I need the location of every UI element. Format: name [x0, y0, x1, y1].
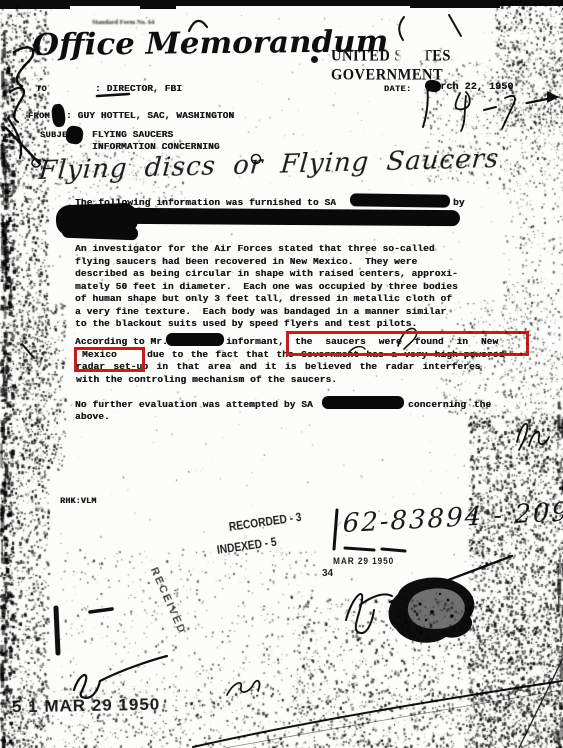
recorded-stamp: RECORDED - 3: [228, 510, 302, 534]
paren-mark: [399, 17, 404, 40]
margin-tick: [22, 344, 34, 358]
file-number: 62-83894 - 209: [342, 497, 563, 539]
intro-line-post: by: [453, 197, 465, 208]
ink-blob-large: [389, 578, 475, 643]
form-number: Standard Form No. 64: [92, 19, 154, 26]
signature-scrawl-blob: [346, 594, 392, 633]
highlight-box-new-mexico-2: [74, 347, 145, 372]
date-scrawl-arrow: [527, 97, 557, 103]
body-line: No further evaluation was attempted by S…: [75, 399, 313, 410]
handwritten-scrawl-left: [8, 88, 24, 158]
memo-page: Standard Form No. 64 Office Memorandum U…: [0, 0, 563, 748]
date-scrawl-dash: [484, 107, 496, 110]
title-separator-dot: [311, 56, 318, 63]
government-heading: UNITED STATES GOVERNMENT: [331, 47, 563, 85]
date-received-stamp: MAR 29 1950: [333, 556, 394, 566]
to-label: TO: [36, 84, 47, 94]
ink-blot-subject: [65, 125, 84, 145]
bottom-date-stamp: 5 1 MAR 29 1950: [12, 695, 161, 718]
scan-top-edge-nub: [140, 6, 176, 9]
handwritten-scrawl-top-left: [14, 47, 33, 86]
tick-mark-top-right: [449, 15, 461, 36]
subject-value-line2: INFORMATION CONCERNING: [92, 141, 220, 152]
body-line: According to Mr.: [75, 336, 168, 347]
initials-lw: [517, 424, 549, 450]
from-value: : GUY HOTTEL, SAC, WASHINGTON: [66, 110, 234, 121]
indexed-stamp: INDEXED - 5: [216, 535, 277, 557]
scratch-line-bottom: [193, 681, 562, 747]
typist-initials: RHK:VLM: [60, 496, 96, 506]
redaction-sa-name: [350, 193, 450, 207]
date-scrawl-four: [456, 92, 470, 131]
handwritten-scrawl-left-2: [6, 128, 40, 164]
body-line: concerning the: [408, 399, 491, 410]
scratch-line-right: [519, 660, 562, 748]
scan-top-edge-nub: [0, 6, 70, 9]
file-number-underline: [382, 549, 405, 551]
cursive-mark-bottom-center: [227, 681, 259, 695]
vertical-ink-bar: [56, 608, 58, 653]
scratch-line-bottom-echo: [225, 690, 562, 748]
redaction-sa-name-2: [322, 396, 404, 409]
file-number-underline: [345, 548, 374, 550]
to-value: : DIRECTOR, FBI: [95, 83, 182, 94]
body-line: above.: [75, 411, 110, 422]
signature-scrawl-bottom-left: [74, 656, 167, 698]
scan-top-edge-nub: [410, 6, 500, 8]
subject-value-line1: FLYING SAUCERS: [92, 129, 173, 140]
date-label: DATE:: [384, 84, 412, 94]
body-line: mately 50 feet in diameter. Each one was…: [75, 281, 458, 292]
ink-blob-inner: [408, 588, 465, 629]
redaction-informant: [166, 333, 224, 346]
ink-dash: [90, 609, 112, 612]
redaction-source-bar: [122, 208, 460, 226]
highlight-box-new-mexico-1: [286, 331, 529, 356]
body-line: a very fine texture. Each body was banda…: [75, 306, 446, 317]
body-line: to the blackout suits used by speed flye…: [75, 318, 417, 329]
body-line: informant,: [226, 336, 284, 347]
body-line: flying saucers had been recovered in New…: [75, 256, 417, 267]
body-line: An investigator for the Air Forces state…: [75, 243, 435, 254]
ink-blot-from: [51, 103, 66, 127]
scan-fade-smudge: [398, 44, 426, 64]
redaction-source-tail: [62, 225, 138, 241]
date-stamp-note: 34: [322, 568, 333, 579]
body-line: described as being circular in shape wit…: [75, 268, 458, 279]
body-line: of human shape but only 3 feet tall, dre…: [75, 293, 452, 304]
ink-blob-speckle: [418, 593, 453, 622]
pen-line-diagonal: [390, 556, 512, 602]
underline-fbi: [97, 94, 129, 96]
date-scrawl-arrowhead: [547, 91, 559, 103]
received-stamp: RECEIVED: [146, 562, 190, 640]
body-line: with the controling mechanism of the sau…: [76, 374, 337, 385]
from-label: FROM: [28, 111, 50, 121]
date-scrawl-seven: [502, 96, 515, 129]
file-number-bracket: [334, 510, 337, 549]
